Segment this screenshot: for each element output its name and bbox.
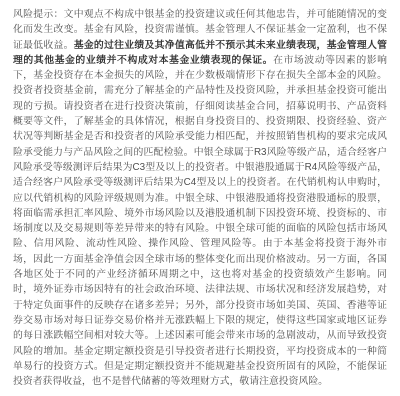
risk-disclosure-paragraph: 风险提示：文中观点不构成中银基金的投资建议或任何其他忠告，并可能随情况的变化而发… [0,0,400,389]
risk-disclosure-page: 风险提示：文中观点不构成中银基金的投资建议或任何其他忠告，并可能随情况的变化而发… [0,0,400,396]
risk-text-body: 在市场波动等因素的影响下，基金投资存在本金损失的风险，并在少数极端情形下存在损失… [13,55,387,387]
